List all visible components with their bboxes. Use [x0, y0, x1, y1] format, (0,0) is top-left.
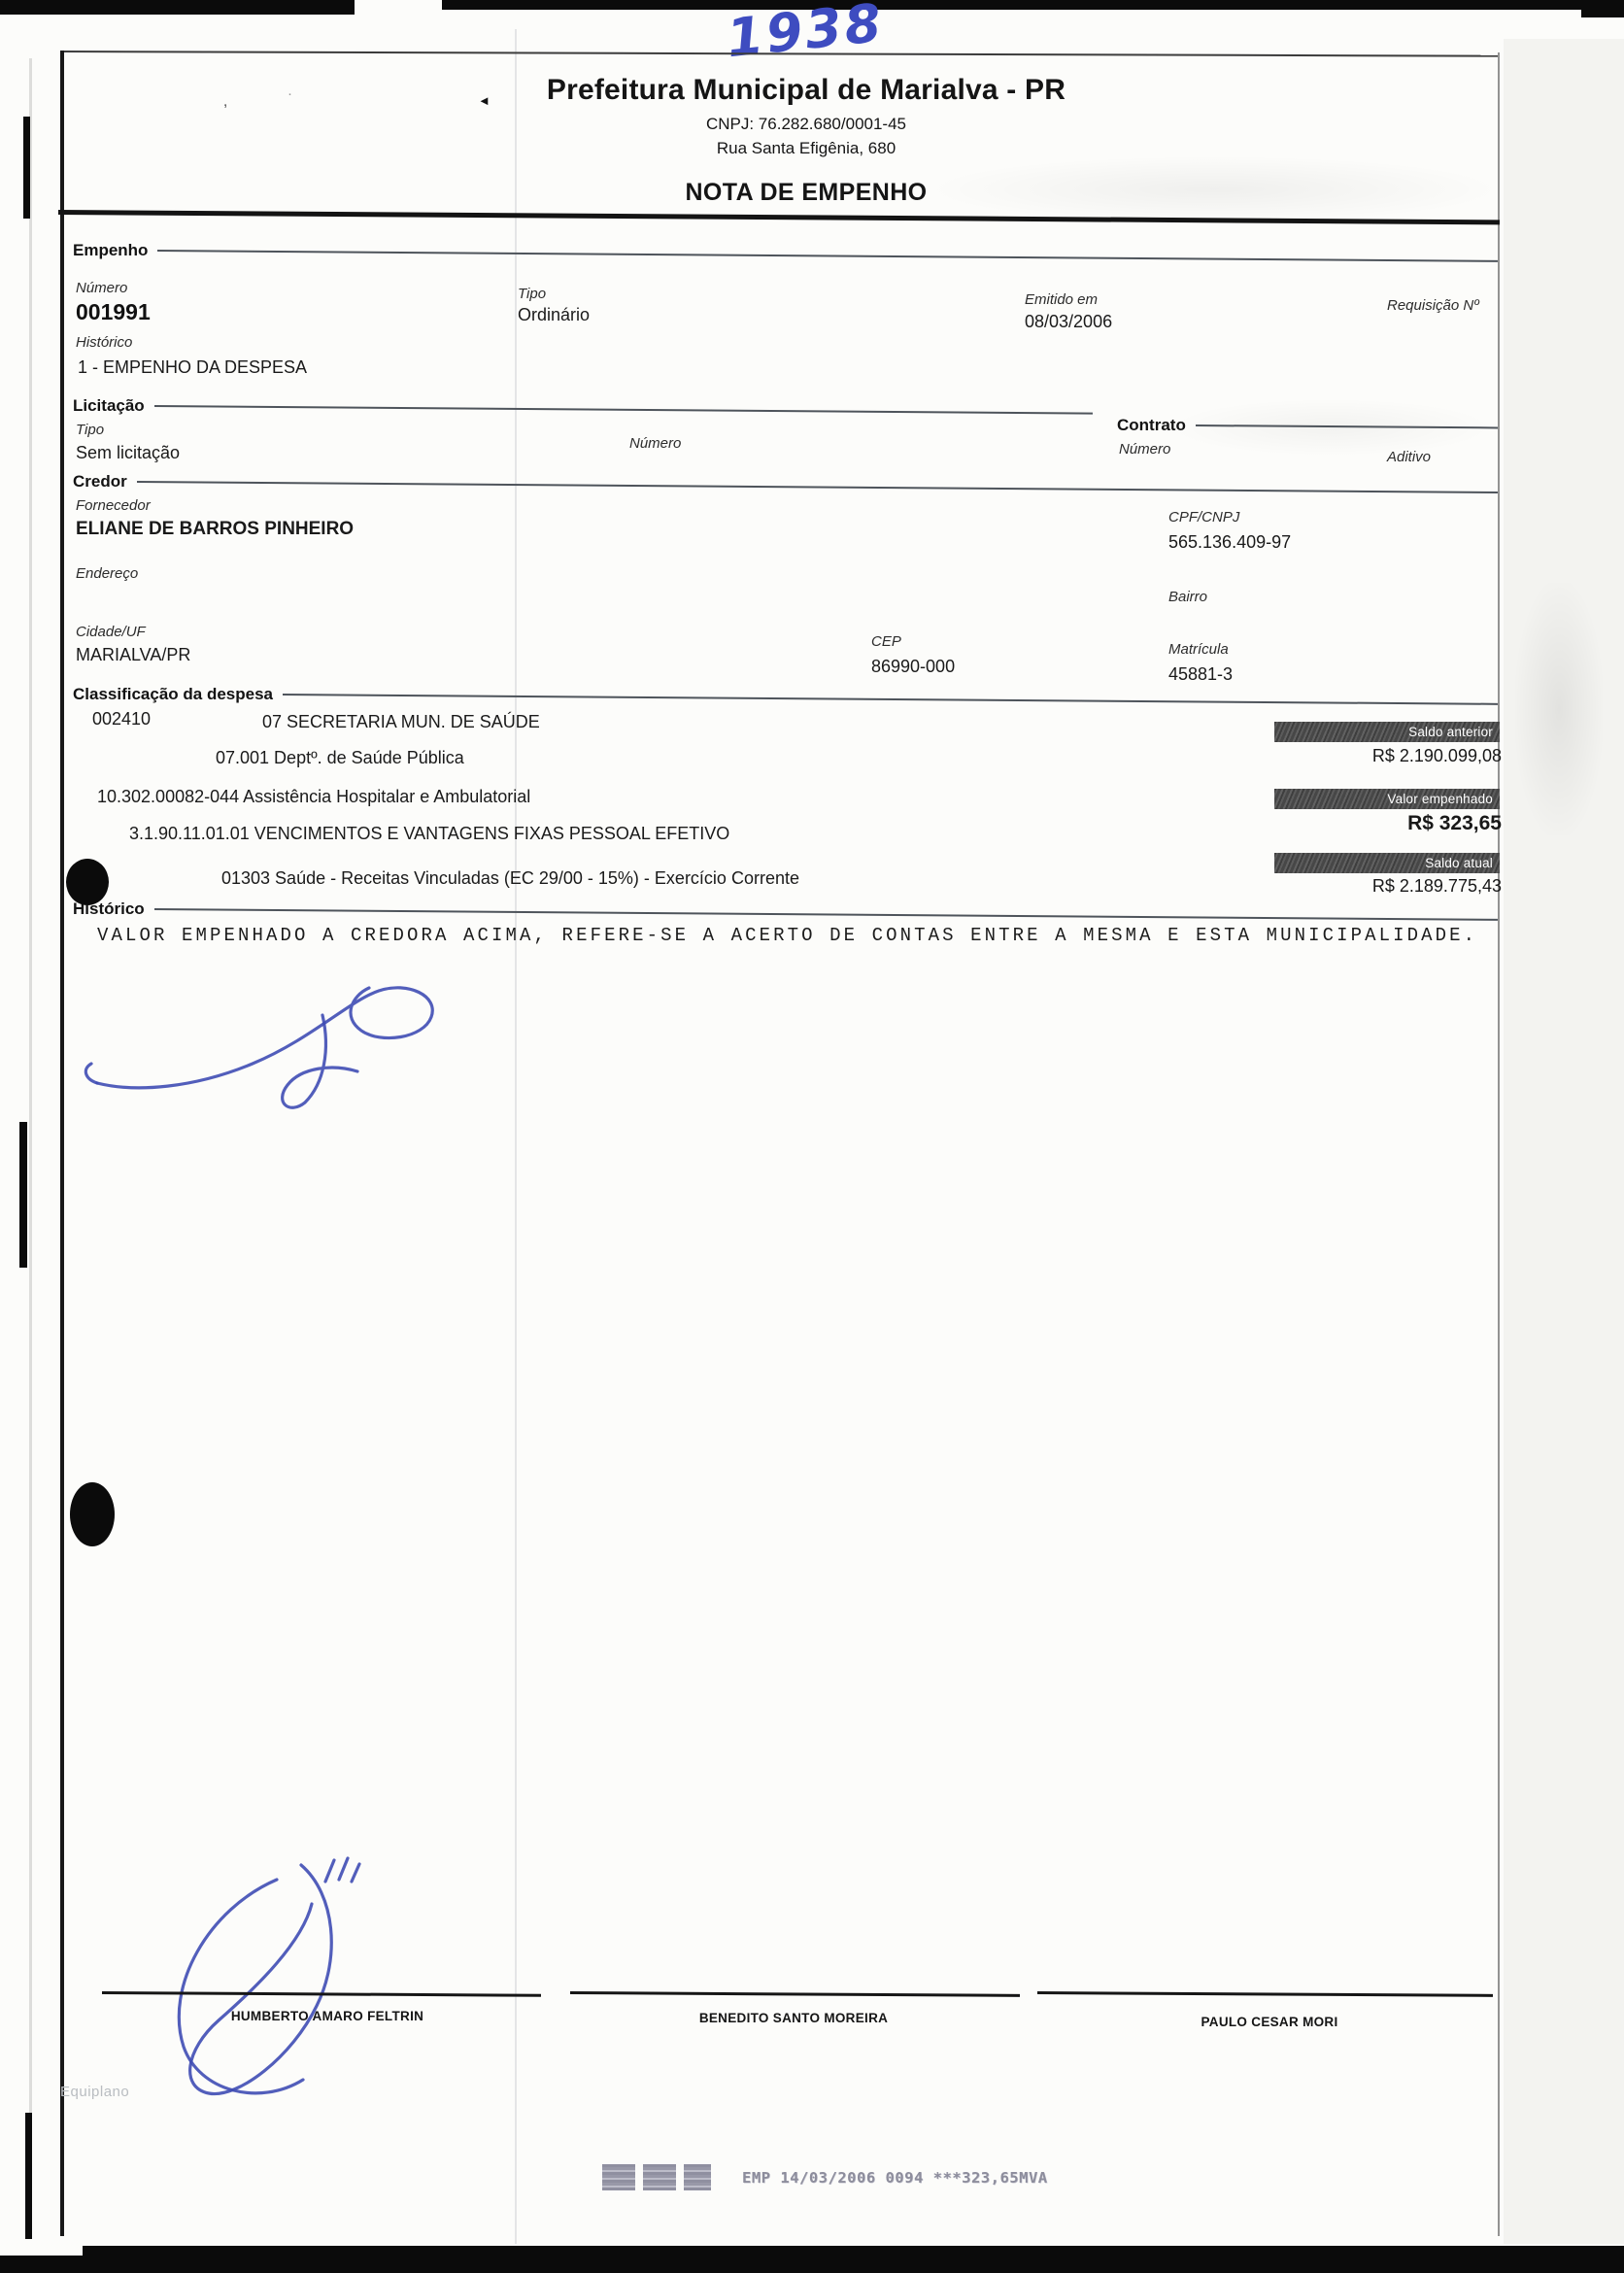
contrato-numero-label: Número — [1119, 441, 1170, 458]
section-rule — [137, 481, 1498, 493]
hole-punch-mark — [70, 1482, 115, 1546]
stamp-logo-block — [684, 2164, 711, 2190]
classificacao-row: 10.302.00082-044 Assistência Hospitalar … — [97, 787, 530, 807]
credor-matricula-value: 45881-3 — [1168, 664, 1233, 685]
scan-edge-top-left — [0, 0, 355, 15]
scanned-document-page: 1938 , · ◄ Prefeitura Municipal de Maria… — [0, 0, 1624, 2273]
valor-empenhado-value: R$ 323,65 — [1210, 812, 1502, 835]
valor-empenhado-badge: Valor empenhado — [1274, 789, 1500, 809]
scan-left-mark — [25, 2113, 32, 2239]
stamp-logo-block — [643, 2164, 676, 2190]
credor-bairro-label: Bairro — [1168, 589, 1207, 605]
credor-cpf-label: CPF/CNPJ — [1168, 509, 1239, 526]
section-classificacao-label: Classificação da despesa — [73, 685, 273, 704]
org-cnpj: CNPJ: 76.282.680/0001-45 — [87, 115, 1525, 134]
section-classificacao: Classificação da despesa — [73, 685, 1498, 704]
document-title: NOTA DE EMPENHO — [87, 179, 1525, 207]
credor-fornecedor-label: Fornecedor — [76, 497, 151, 514]
empenho-numero-label: Número — [76, 280, 127, 296]
handwritten-number: 1938 — [724, 0, 887, 69]
stamp-text: EMP 14/03/2006 0094 ***323,65MVA — [742, 2169, 1048, 2187]
section-historico: Histórico — [73, 899, 1498, 919]
licitacao-tipo-label: Tipo — [76, 422, 104, 438]
section-empenho-label: Empenho — [73, 241, 148, 260]
signature-ink — [78, 957, 505, 1141]
classificacao-row: 01303 Saúde - Receitas Vinculadas (EC 29… — [221, 868, 799, 889]
form-border-right — [1498, 52, 1500, 2236]
org-title: Prefeitura Municipal de Marialva - PR — [87, 74, 1525, 107]
historico-text: VALOR EMPENHADO A CREDORA ACIMA, REFERE-… — [97, 925, 1477, 946]
scan-margin-right — [1504, 39, 1624, 2244]
section-credor-label: Credor — [73, 472, 127, 492]
section-licitacao: Licitação — [73, 396, 1093, 416]
section-rule — [283, 694, 1498, 705]
credor-endereco-label: Endereço — [76, 565, 138, 582]
section-credor: Credor — [73, 472, 1498, 492]
signature-line — [1037, 1991, 1493, 1997]
scan-smudge — [1515, 583, 1603, 835]
classificacao-row: 07 SECRETARIA MUN. DE SAÚDE — [262, 712, 540, 732]
saldo-anterior-badge: Saldo anterior — [1274, 722, 1500, 742]
empenho-tipo-label: Tipo — [518, 286, 546, 302]
org-address: Rua Santa Efigênia, 680 — [87, 139, 1525, 158]
vendor-watermark: Equiplano — [60, 2084, 129, 2100]
empenho-historico-label: Histórico — [76, 334, 132, 351]
saldo-atual-value: R$ 2.189.775,43 — [1210, 876, 1502, 897]
saldo-anterior-value: R$ 2.190.099,08 — [1210, 746, 1502, 766]
signature-name: PAULO CESAR MORI — [1056, 2015, 1483, 2029]
credor-cep-label: CEP — [871, 633, 901, 650]
classificacao-row: 3.1.90.11.01.01 VENCIMENTOS E VANTAGENS … — [129, 824, 729, 844]
scan-edge-top-corner — [1581, 0, 1624, 17]
section-rule — [154, 908, 1498, 921]
stamp-logo-block — [602, 2164, 635, 2190]
empenho-requisicao-label: Requisição Nº — [1387, 297, 1479, 314]
signature-name: BENEDITO SANTO MOREIRA — [580, 2011, 1007, 2025]
signature-ink — [92, 1850, 442, 2122]
licitacao-tipo-value: Sem licitação — [76, 443, 180, 463]
contrato-aditivo-label: Aditivo — [1387, 449, 1431, 465]
classificacao-row-code: 002410 — [92, 709, 151, 729]
empenho-emitido-label: Emitido em — [1025, 291, 1098, 308]
scan-edge-bottom-left — [0, 2256, 83, 2273]
credor-cep-value: 86990-000 — [871, 657, 955, 677]
scan-left-mark — [23, 117, 30, 219]
hole-punch-mark — [66, 859, 109, 905]
empenho-historico-value: 1 - EMPENHO DA DESPESA — [78, 357, 307, 378]
saldo-atual-badge: Saldo atual — [1274, 853, 1500, 873]
scan-left-mark — [19, 1122, 27, 1268]
signature-name: HUMBERTO AMARO FELTRIN — [114, 2009, 541, 2023]
credor-cpf-value: 565.136.409-97 — [1168, 532, 1291, 553]
section-rule — [154, 405, 1093, 415]
scan-fold-line — [515, 29, 517, 2244]
scan-edge-top-right — [442, 0, 1624, 10]
credor-cidade-value: MARIALVA/PR — [76, 645, 190, 665]
section-licitacao-label: Licitação — [73, 396, 145, 416]
empenho-numero-value: 001991 — [76, 299, 151, 325]
empenho-tipo-value: Ordinário — [518, 305, 590, 325]
section-rule — [1196, 424, 1498, 428]
section-contrato: Contrato — [1117, 416, 1498, 435]
classificacao-row: 07.001 Deptº. de Saúde Pública — [216, 748, 464, 768]
header-divider — [58, 210, 1500, 224]
section-rule — [157, 250, 1498, 262]
credor-matricula-label: Matrícula — [1168, 641, 1229, 658]
form-border-left — [60, 51, 64, 2236]
section-empenho: Empenho — [73, 241, 1498, 260]
empenho-emitido-value: 08/03/2006 — [1025, 312, 1112, 332]
credor-fornecedor-value: ELIANE DE BARROS PINHEIRO — [76, 519, 354, 540]
section-contrato-label: Contrato — [1117, 416, 1186, 435]
licitacao-numero-label: Número — [629, 435, 681, 452]
validator-stamp: EMP 14/03/2006 0094 ***323,65MVA — [602, 2164, 1048, 2190]
scan-paper-edge-left — [29, 58, 32, 2234]
signature-line — [570, 1991, 1020, 1997]
credor-cidade-label: Cidade/UF — [76, 624, 146, 640]
scan-edge-bottom — [83, 2246, 1624, 2273]
